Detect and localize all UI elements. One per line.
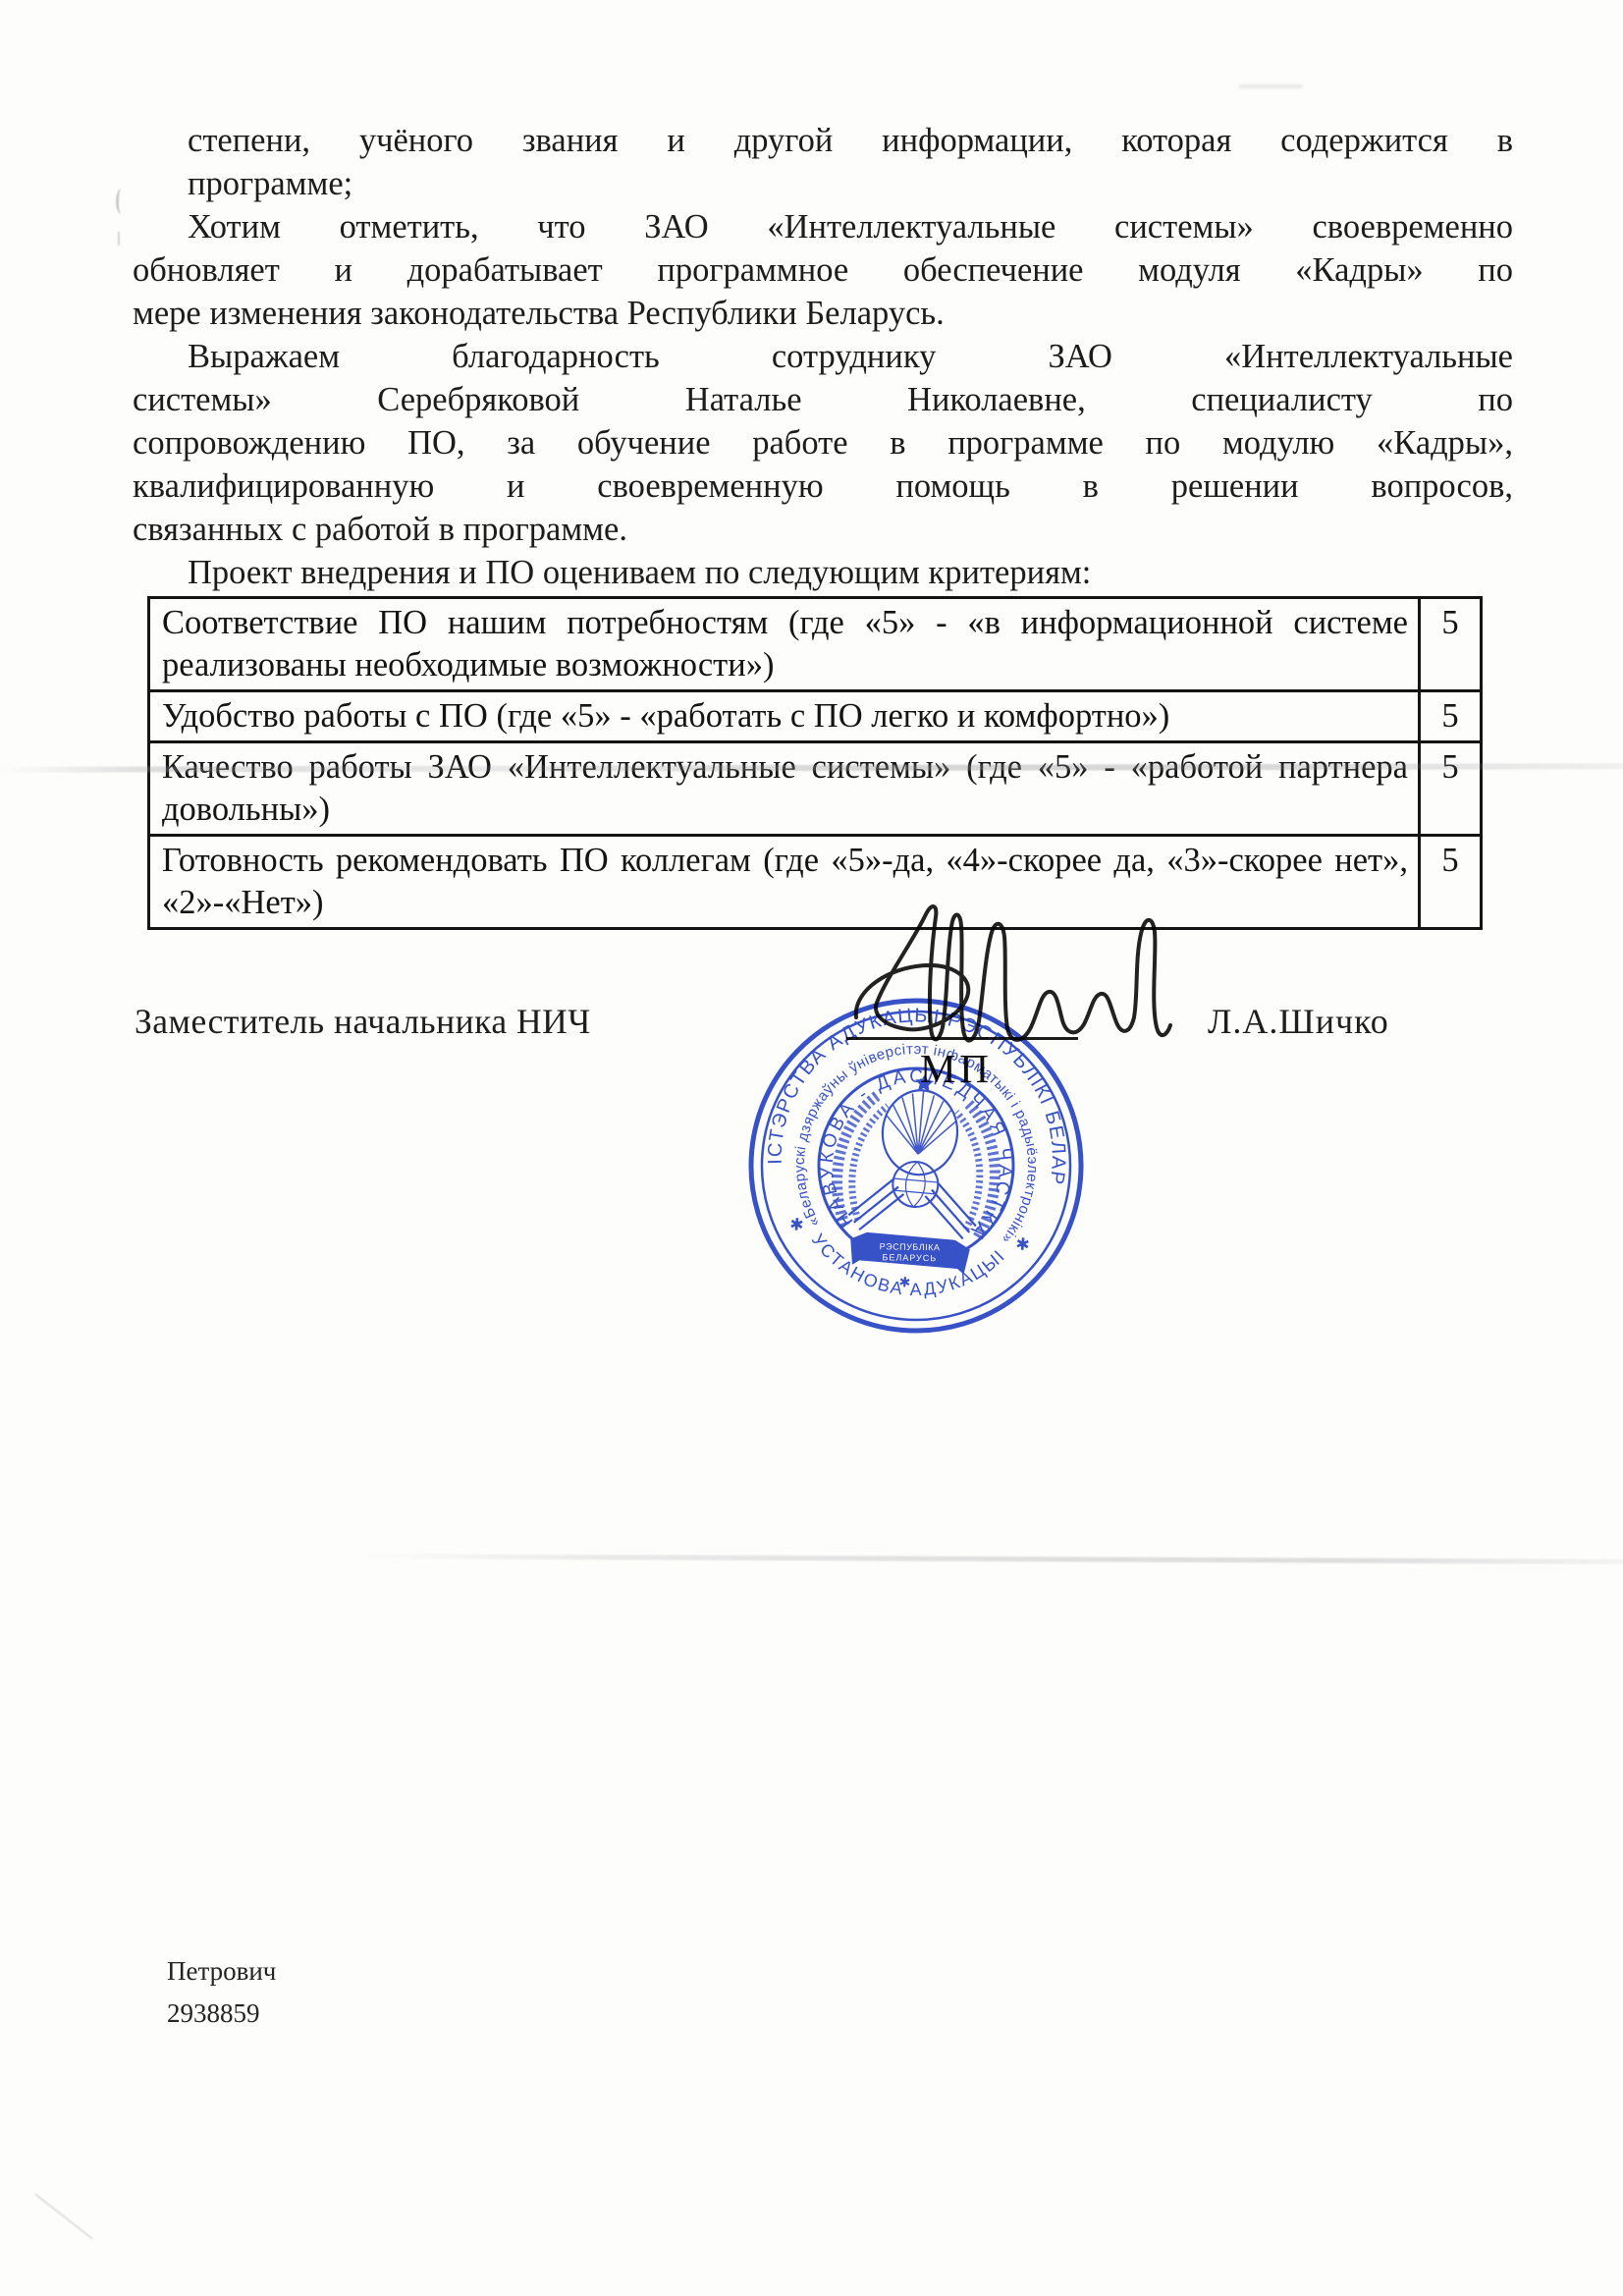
ribbon-text-line2: БЕЛАРУСЬ — [882, 1252, 937, 1263]
scan-speck — [116, 189, 127, 214]
table-row: Готовность рекомендовать ПО коллегам (гд… — [149, 836, 1482, 929]
footer-reference-note: Петрович 2938859 — [167, 1950, 276, 2035]
stamp-separator-icon: ✱ — [1015, 1234, 1031, 1254]
ribbon-text-line1: РЭСПУБЛІКА — [880, 1241, 941, 1252]
body-line: обновляет и дорабатывает программное обе… — [133, 248, 1513, 292]
footer-name: Петрович — [167, 1950, 276, 1993]
criterion-cell: Удобство работы с ПО (где «5» - «работат… — [149, 691, 1420, 742]
signer-position-label: Заместитель начальника НИЧ — [135, 1001, 591, 1042]
criterion-cell: Соответствие ПО нашим потребностям (где … — [149, 598, 1420, 691]
criterion-cell: Готовность рекомендовать ПО коллегам (гд… — [149, 836, 1420, 929]
score-cell: 5 — [1420, 836, 1482, 929]
body-line: программе; — [188, 162, 1513, 205]
table-row: Соответствие ПО нашим потребностям (где … — [149, 598, 1482, 691]
table-row: Удобство работы с ПО (где «5» - «работат… — [149, 691, 1482, 742]
signer-name: Л.А.Шичко — [1208, 1001, 1389, 1042]
scan-speck — [118, 232, 126, 246]
criterion-cell: Качество работы ЗАО «Интеллектуальные си… — [149, 742, 1420, 836]
handwritten-signature-ink — [830, 889, 1193, 1066]
table-row: Качество работы ЗАО «Интеллектуальные си… — [149, 742, 1482, 836]
body-line: связанных с работой в программе. — [133, 508, 1513, 551]
body-line: Выражаем благодарность сотруднику ЗАО «И… — [188, 335, 1513, 378]
evaluation-criteria-table: Соответствие ПО нашим потребностям (где … — [147, 596, 1483, 930]
footer-number: 2938859 — [167, 1993, 276, 2035]
score-cell: 5 — [1420, 742, 1482, 836]
paper-crease — [363, 1554, 1623, 1564]
body-line: Проект внедрения и ПО оцениваем по следу… — [188, 551, 1513, 594]
letter-body-text: степени, учёного звания и другой информа… — [133, 119, 1513, 594]
body-line: степени, учёного звания и другой информа… — [188, 119, 1513, 162]
body-line: системы» Серебряковой Наталье Николаевне… — [133, 378, 1513, 421]
scan-speck — [34, 2193, 93, 2239]
scan-smudge — [1239, 84, 1302, 88]
score-cell: 5 — [1420, 691, 1482, 742]
stamp-separator-icon: ✱ — [788, 1215, 804, 1234]
body-line: сопровождению ПО, за обучение работе в п… — [133, 421, 1513, 465]
score-cell: 5 — [1420, 598, 1482, 691]
body-line: квалифицированную и своевременную помощь… — [133, 465, 1513, 508]
stamp-separator-icon: ✱ — [898, 1274, 911, 1290]
body-line: Хотим отметить, что ЗАО «Интеллектуальны… — [188, 205, 1513, 248]
scanned-letter-page: { "body": { "lines": [ {"text": "степени… — [0, 0, 1623, 2296]
body-line: мере изменения законодательства Республи… — [133, 292, 1513, 335]
